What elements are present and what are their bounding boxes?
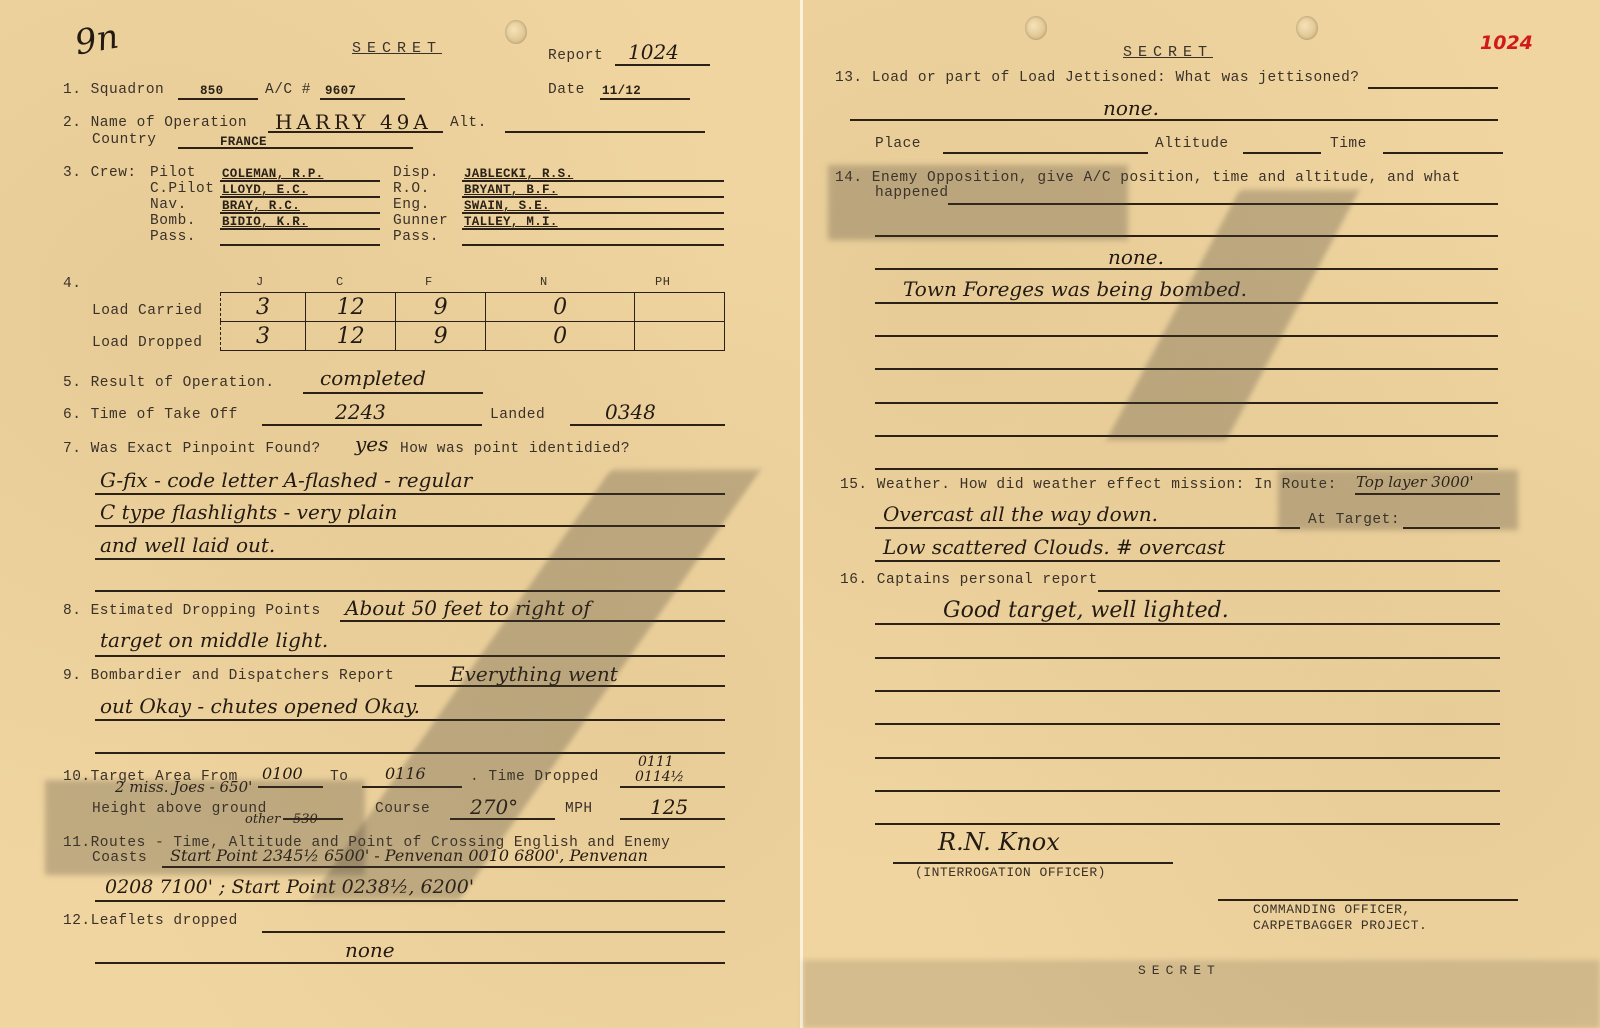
leaflets-value: none — [345, 938, 395, 962]
takeoff-value: 2243 — [335, 400, 386, 424]
q13-label: 13. Load or part of Load Jettisoned: Wha… — [835, 70, 1359, 86]
operation-value: HARRY 49A — [275, 110, 432, 134]
col-n: N — [540, 275, 548, 289]
q15-line-2: Low scattered Clouds. # overcast — [883, 535, 1225, 559]
time-dropped-1: 0111 — [638, 754, 674, 770]
crew-role: Pilot — [150, 165, 196, 181]
place-label: Place — [875, 136, 921, 152]
mph-value: 125 — [650, 795, 688, 819]
q2-label: 2. Name of Operation — [63, 115, 247, 131]
crew-role: Bomb. — [150, 213, 196, 229]
q14-line-1: none. — [1108, 245, 1164, 269]
alt-label: Alt. — [450, 115, 487, 131]
crew-role: Nav. — [150, 197, 187, 213]
q5-label: 5. Result of Operation. — [63, 375, 275, 391]
landed-value: 0348 — [605, 400, 656, 424]
crew-bomb-name: BIDIO, K.R. — [222, 215, 308, 229]
commanding-officer-label: COMMANDING OFFICER, — [1253, 902, 1411, 917]
altitude-label: Altitude — [1155, 136, 1229, 152]
col-c: C — [336, 275, 344, 289]
captains-report-value: Good target, well lighted. — [943, 598, 1229, 623]
row-load-dropped: Load Dropped — [92, 335, 202, 351]
smudge — [1278, 470, 1518, 530]
smudge — [803, 960, 1600, 1028]
ac-label: A/C # — [265, 82, 311, 98]
secret-header: SECRET — [352, 40, 442, 57]
project-label: CARPETBAGGER PROJECT. — [1253, 918, 1427, 933]
q8-line-2: target on middle light. — [100, 628, 328, 652]
crew-ro-name: BRYANT, B.F. — [464, 183, 558, 197]
crew-disp-name: JABLECKI, R.S. — [464, 167, 573, 181]
smudge — [45, 780, 365, 875]
secret-header: SECRET — [1123, 44, 1213, 61]
landed-label: Landed — [490, 407, 545, 423]
initials: 9n — [72, 17, 122, 64]
time-dropped-2: 0114½ — [635, 769, 684, 785]
right-page: 1024 SECRET 13. Load or part of Load Jet… — [803, 0, 1600, 1028]
q7-line-1: G-fix - code letter A-flashed - regular — [100, 468, 472, 492]
how-identified-label: How was point identidied? — [400, 441, 630, 457]
smudge — [828, 165, 1128, 240]
q15-label: 15. Weather. How did weather effect miss… — [840, 477, 1337, 493]
q9-label: 9. Bombardier and Dispatchers Report — [63, 668, 394, 684]
crew-role: Gunner — [393, 213, 448, 229]
col-j: J — [256, 275, 264, 289]
q7-line-3: and well laid out. — [100, 533, 275, 557]
q16-label: 16. Captains personal report — [840, 572, 1098, 588]
punch-hole — [1296, 16, 1318, 40]
q1-label: 1. Squadron — [63, 82, 164, 98]
date-label: Date — [548, 82, 585, 98]
col-ph: PH — [655, 275, 670, 289]
crew-gunner-name: TALLEY, M.I. — [464, 215, 558, 229]
squadron-value: 850 — [200, 84, 223, 98]
load-table: 3 12 9 0 3 12 9 0 — [220, 292, 725, 351]
date-value: 11/12 — [602, 84, 641, 98]
report-number: 1024 — [628, 40, 679, 64]
crew-role: Pass. — [150, 229, 196, 245]
crew-role: Eng. — [393, 197, 430, 213]
punch-hole — [505, 20, 527, 44]
q4-label: 4. — [63, 276, 81, 292]
crew-eng-name: SWAIN, S.E. — [464, 199, 550, 213]
country-value: FRANCE — [220, 135, 267, 149]
crew-nav-name: BRAY, R.C. — [222, 199, 300, 213]
row-load-carried: Load Carried — [92, 303, 202, 319]
q3-label: 3. Crew: — [63, 165, 137, 181]
report-label: Report — [548, 48, 603, 64]
q12-label: 12.Leaflets dropped — [63, 913, 238, 929]
q7-line-2: C type flashlights - very plain — [100, 500, 397, 524]
jettisoned-value: none. — [1103, 96, 1159, 120]
q8-label: 8. Estimated Dropping Points — [63, 603, 321, 619]
col-f: F — [425, 275, 433, 289]
ac-value: 9607 — [325, 84, 356, 98]
result-value: completed — [320, 366, 426, 390]
interrogation-officer-label: (INTERROGATION OFFICER) — [915, 865, 1106, 880]
crew-copilot-name: LLOYD, E.C. — [222, 183, 308, 197]
interrogation-signature: R.N. Knox — [938, 828, 1060, 856]
stamp-number: 1024 — [1480, 32, 1533, 54]
mph-label: MPH — [565, 801, 593, 817]
q6-label: 6. Time of Take Off — [63, 407, 238, 423]
left-page: 9n SECRET Report 1024 1. Squadron 850 A/… — [0, 0, 800, 1028]
time-label: Time — [1330, 136, 1367, 152]
crew-role: C.Pilot — [150, 181, 214, 197]
crew-role: R.O. — [393, 181, 430, 197]
punch-hole — [1025, 16, 1047, 40]
crew-pilot-name: COLEMAN, R.P. — [222, 167, 323, 181]
pinpoint-found: yes — [355, 432, 388, 456]
q7-label: 7. Was Exact Pinpoint Found? — [63, 441, 321, 457]
country-label: Country — [92, 132, 156, 148]
q15-line-1: Overcast all the way down. — [883, 502, 1158, 526]
crew-role: Disp. — [393, 165, 439, 181]
q9-line-2: out Okay - chutes opened Okay. — [100, 694, 420, 718]
crew-role: Pass. — [393, 229, 439, 245]
